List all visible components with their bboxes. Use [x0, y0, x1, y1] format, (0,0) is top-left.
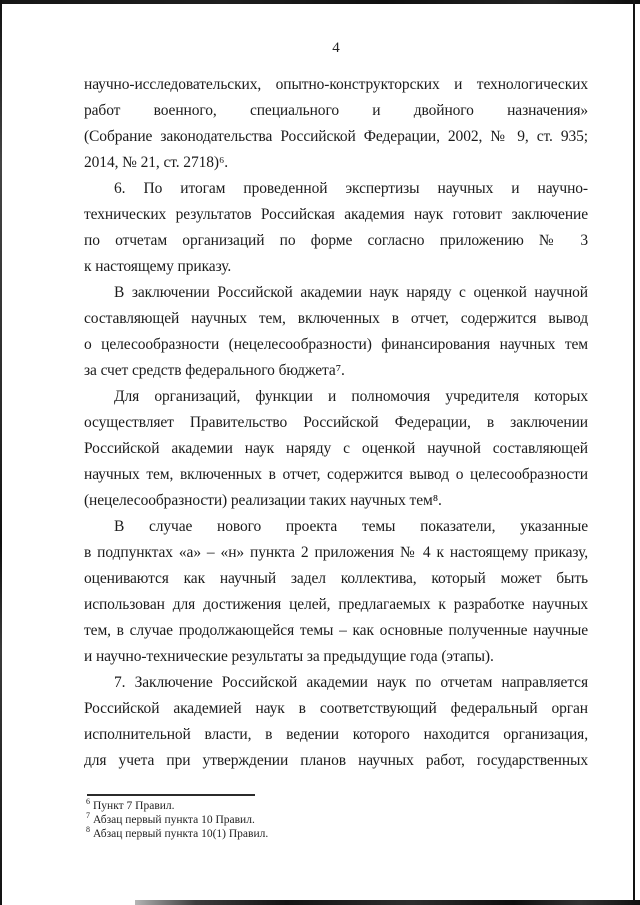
text-line: Российской академией наук в соответствую… [84, 696, 588, 722]
scan-edge-bottom [135, 900, 640, 905]
footnote-text: Пункт 7 Правил. [93, 800, 175, 812]
text-line: (Собрание законодательства Российской Фе… [84, 124, 588, 150]
footnotes-section: 6Пункт 7 Правил.7Абзац первый пункта 10 … [86, 794, 590, 841]
page-number: 4 [84, 40, 588, 57]
paragraph: В заключении Российской академии наук на… [84, 280, 588, 384]
text-line: научно-исследовательских, опытно-констру… [84, 72, 588, 98]
text-line: (нецелесообразности) реализации таких на… [84, 488, 588, 514]
document-body: научно-исследовательских, опытно-констру… [84, 72, 588, 774]
text-line: по отчетам организаций по форме согласно… [84, 228, 588, 254]
text-line: 6. По итогам проведенной экспертизы науч… [84, 176, 588, 202]
document-page: 4 научно-исследовательских, опытно-конст… [0, 0, 640, 905]
text-line: работ военного, специального и двойного … [84, 98, 588, 124]
footnote-text: Абзац первый пункта 10(1) Правил. [93, 828, 268, 840]
footnote-marker: 8 [86, 825, 90, 834]
scan-edge-top [0, 0, 640, 4]
paragraph: 6. По итогам проведенной экспертизы науч… [84, 176, 588, 280]
text-line: составляющей научных тем, включенных в о… [84, 306, 588, 332]
scan-edge-left [0, 0, 2, 905]
text-line: к настоящему приказу. [84, 254, 588, 280]
paragraph: Для организаций, функции и полномочия уч… [84, 384, 588, 514]
text-line: для учета при утверждении планов научных… [84, 748, 588, 774]
text-line: в подпунктах «а» – «н» пункта 2 приложен… [84, 540, 588, 566]
text-line: В случае нового проекта темы показатели,… [84, 514, 588, 540]
text-line: технических результатов Российская акаде… [84, 202, 588, 228]
footnote-text: Абзац первый пункта 10 Правил. [93, 814, 255, 826]
text-line: 2014, № 21, ст. 2718)⁶. [84, 150, 588, 176]
scan-edge-right [633, 0, 635, 905]
paragraph: 7. Заключение Российской академии наук п… [84, 670, 588, 774]
text-line: осуществляет Правительство Российской Фе… [84, 410, 588, 436]
text-line: научных тем, включенных в отчет, содержи… [84, 462, 588, 488]
paragraph: научно-исследовательских, опытно-констру… [84, 72, 588, 176]
paragraph: В случае нового проекта темы показатели,… [84, 514, 588, 670]
footnote-marker: 7 [86, 811, 90, 820]
text-line: оцениваются как научный задел коллектива… [84, 566, 588, 592]
text-line: Российской академии наук наряду с оценко… [84, 436, 588, 462]
footnote: 6Пункт 7 Правил. [86, 800, 590, 814]
text-line: использован для достижения целей, предла… [84, 592, 588, 618]
text-line: В заключении Российской академии наук на… [84, 280, 588, 306]
footnote-marker: 6 [86, 797, 90, 806]
text-line: 7. Заключение Российской академии наук п… [84, 670, 588, 696]
text-line: и научно-технические результаты за преды… [84, 644, 588, 670]
footnote: 7Абзац первый пункта 10 Правил. [86, 814, 590, 828]
text-line: о целесообразности (нецелесообразности) … [84, 332, 588, 358]
footnote-separator [87, 794, 255, 796]
text-line: исполнительной власти, в ведении которог… [84, 722, 588, 748]
footnote: 8Абзац первый пункта 10(1) Правил. [86, 828, 590, 842]
text-line: за счет средств федерального бюджета⁷. [84, 358, 588, 384]
text-line: Для организаций, функции и полномочия уч… [84, 384, 588, 410]
text-line: тем, в случае продолжающейся темы – как … [84, 618, 588, 644]
footnote-list: 6Пункт 7 Правил.7Абзац первый пункта 10 … [86, 800, 590, 841]
